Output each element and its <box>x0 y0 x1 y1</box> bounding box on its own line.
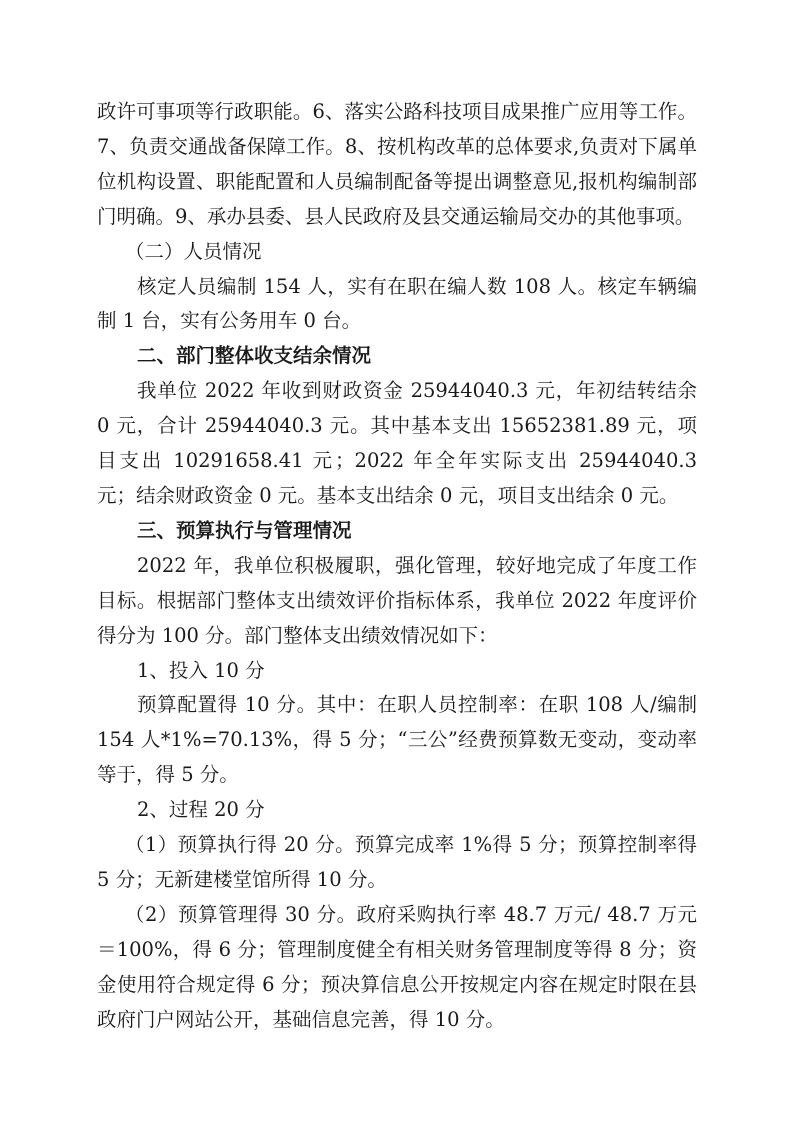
document-page: 政许可事项等行政职能。6、落实公路科技项目成果推广应用等工作。7、负责交通战备保… <box>97 95 697 1037</box>
paragraph-personnel: 核定人员编制 154 人，实有在职在编人数 108 人。核定车辆编制 1 台，实… <box>97 270 697 340</box>
subheading-personnel: （二）人员情况 <box>97 235 697 270</box>
heading-budget-execution: 三、预算执行与管理情况 <box>97 514 697 549</box>
paragraph-budget-management-score: （2）预算管理得 30 分。政府采购执行率 48.7 万元/ 48.7 万元＝1… <box>97 898 697 1038</box>
paragraph-income-expenditure: 我单位 2022 年收到财政资金 25944040.3 元，年初结转结余 0 元… <box>97 374 697 514</box>
item-input-score: 1、投入 10 分 <box>97 654 697 689</box>
item-process-score: 2、过程 20 分 <box>97 793 697 828</box>
paragraph-budget-summary: 2022 年，我单位积极履职，强化管理，较好地完成了年度工作目标。根据部门整体支… <box>97 549 697 654</box>
paragraph-budget-execution-score: （1）预算执行得 20 分。预算完成率 1%得 5 分；预算控制率得 5 分；无… <box>97 828 697 898</box>
paragraph-duties-continued: 政许可事项等行政职能。6、落实公路科技项目成果推广应用等工作。7、负责交通战备保… <box>97 95 697 235</box>
heading-income-expenditure: 二、部门整体收支结余情况 <box>97 339 697 374</box>
paragraph-budget-allocation: 预算配置得 10 分。其中：在职人员控制率：在职 108 人/编制 154 人*… <box>97 688 697 793</box>
